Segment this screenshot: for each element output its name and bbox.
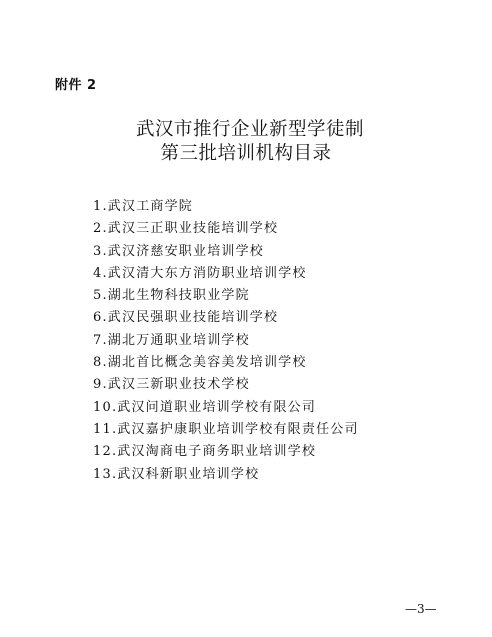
attachment-label: 附件 2 bbox=[55, 74, 97, 93]
list-item: 9.武汉三新职业技术学校 bbox=[93, 374, 359, 396]
page-number: —3— bbox=[405, 602, 437, 616]
document-title-line-1: 武汉市推行企业新型学徒制 bbox=[4, 118, 492, 142]
list-item: 8.湖北首比概念美容美发培训学校 bbox=[93, 352, 359, 374]
list-item: 11.武汉嘉护康职业培训学校有限责任公司 bbox=[93, 419, 359, 441]
document-title-line-2: 第三批培训机构目录 bbox=[0, 142, 492, 166]
institution-list: 1.武汉工商学院 2.武汉三正职业技能培训学校 3.武汉济慈安职业培训学校 4.… bbox=[93, 196, 359, 486]
list-item: 1.武汉工商学院 bbox=[93, 196, 359, 218]
list-item: 12.武汉淘商电子商务职业培训学校 bbox=[93, 441, 359, 463]
list-item: 10.武汉问道职业培训学校有限公司 bbox=[93, 397, 359, 419]
list-item: 7.湖北万通职业培训学校 bbox=[93, 330, 359, 352]
list-item: 3.武汉济慈安职业培训学校 bbox=[93, 241, 359, 263]
list-item: 4.武汉清大东方消防职业培训学校 bbox=[93, 263, 359, 285]
list-item: 13.武汉科新职业培训学校 bbox=[93, 464, 359, 486]
list-item: 6.武汉民强职业技能培训学校 bbox=[93, 307, 359, 329]
list-item: 2.武汉三正职业技能培训学校 bbox=[93, 218, 359, 240]
list-item: 5.湖北生物科技职业学院 bbox=[93, 285, 359, 307]
